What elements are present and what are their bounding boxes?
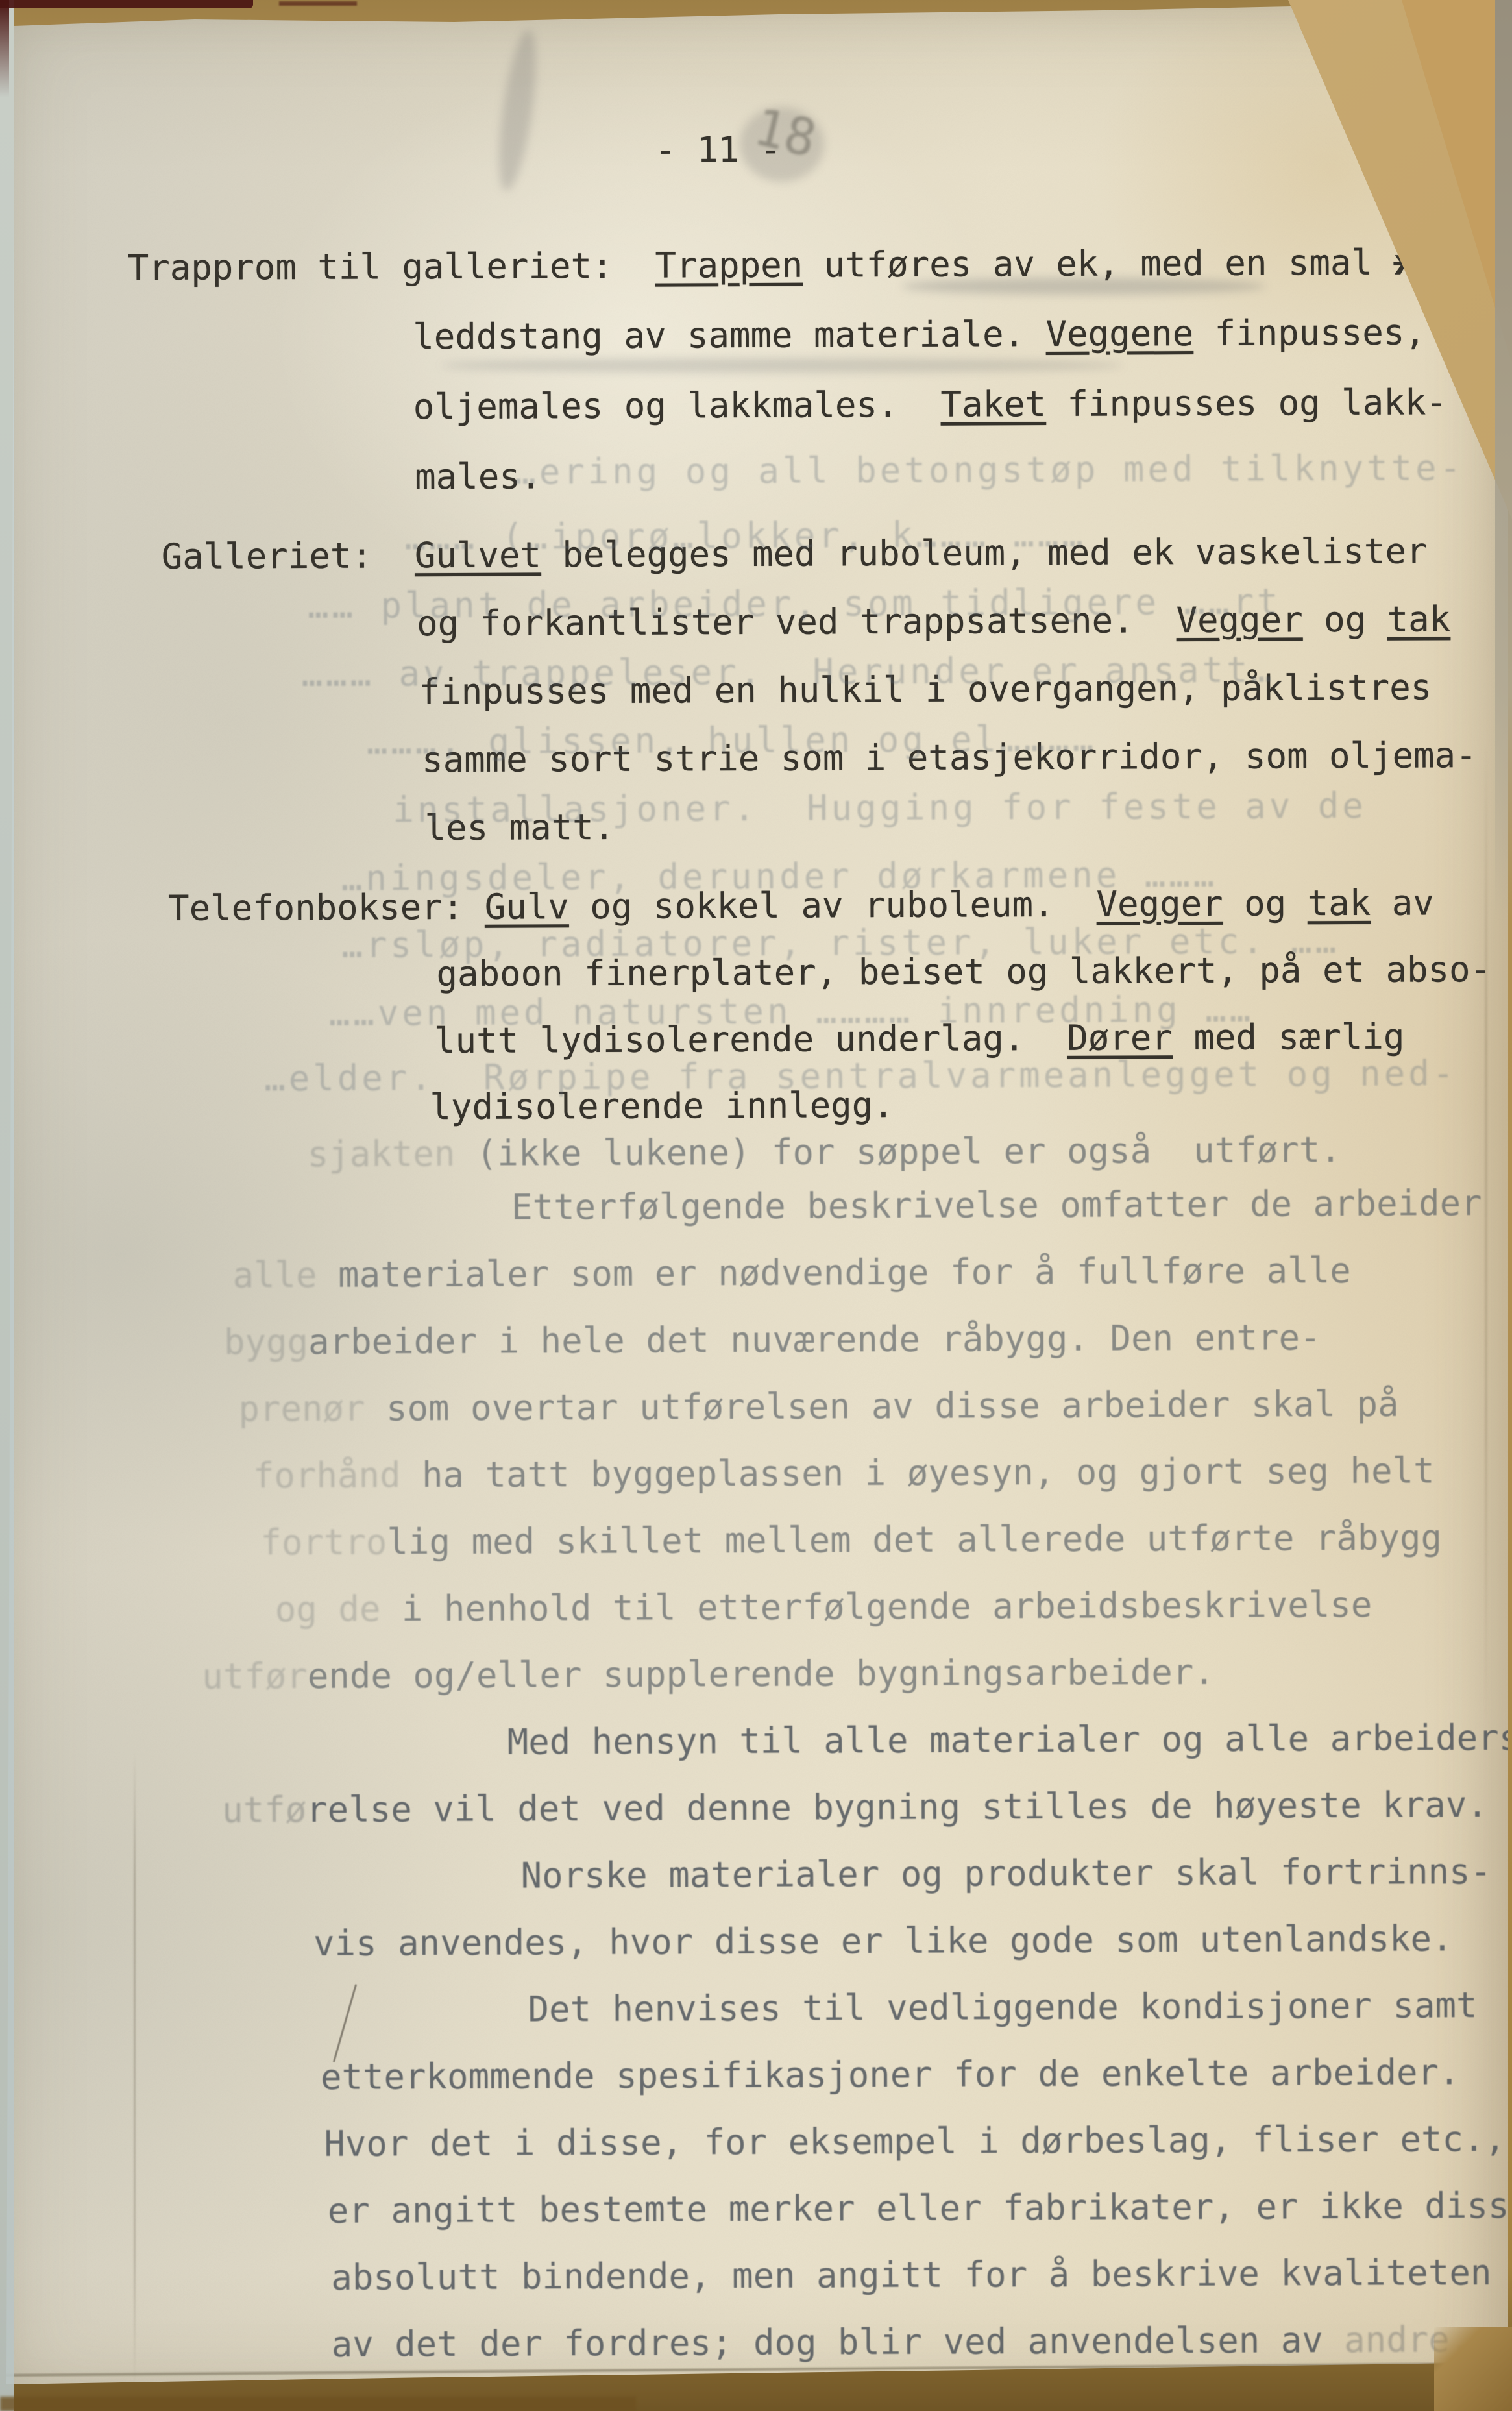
typewritten-text-layer: - 11 -18Trapprom til galleriet: Trappen … [0, 0, 1512, 2411]
page-edge-left [0, 0, 14, 2411]
ghost-bleedthrough-line: …rsløp, radiatorer, rister, luker etc. …… [341, 924, 1339, 963]
ghost-bleedthrough-line: …ningsdeler, derunder dørkarmene ……… [341, 857, 1218, 896]
ghost-bleedthrough-line: ………, glissen, hullen og el………… [367, 722, 1097, 760]
body-line: etterkommende spesifikasjoner for de enk… [321, 2055, 1460, 2095]
body-line: er angitt bestemte merker eller fabrikat… [328, 2188, 1512, 2229]
body-line: og de i henhold til etterfølgende arbeid… [275, 1587, 1372, 1627]
body-line: forhånd ha tatt byggeplassen i øyesyn, o… [253, 1453, 1435, 1493]
body-line: alle materialer som er nødvendige for å … [232, 1253, 1350, 1293]
scanned-document-photo: - 11 -18Trapprom til galleriet: Trappen … [0, 0, 1512, 2411]
body-line: utførende og/eller supplerende bygningsa… [202, 1655, 1215, 1695]
body-line: byggarbeider i hele det nuværende råbygg… [224, 1320, 1321, 1360]
body-line: utførelse vil det ved denne bygning stil… [222, 1787, 1488, 1828]
body-line: Etterfølgende beskrivelse omfatter de ar… [511, 1186, 1482, 1225]
body-line: absolutt bindende, men angitt for å besk… [331, 2255, 1491, 2295]
definition-line: oljemales og lakkmales. Taket finpusses … [413, 385, 1447, 424]
ghost-bleedthrough-line: ……… (…iporø…lokker, k……… ……… [404, 517, 1086, 556]
ghost-bleedthrough-line: ……ven med natursten ………… innredning …… [329, 992, 1254, 1031]
ghost-bleedthrough-line: …elder. Rørpipe fra sentralvarmeanlegget… [264, 1056, 1457, 1096]
binding-mark-top [0, 0, 253, 8]
faded-line: sjakten (ikke lukene) for søppel er også… [308, 1132, 1341, 1172]
body-line: Norske materialer og produkter skal fort… [520, 1854, 1491, 1894]
body-line: Det henvises til vedliggende kondisjoner… [528, 1988, 1477, 2027]
binding-mark-left [0, 0, 9, 97]
ghost-bleedthrough-line: …… plant de arbeider, som tidligere ……rt [308, 584, 1282, 624]
body-line: Hvor det i disse, for eksempel i dørbesl… [324, 2122, 1506, 2162]
page-stack-edge-right [1495, 0, 1512, 922]
binding-mark-top [279, 1, 357, 6]
definition-line: Trapprom til galleriet: Trappen utføres … [128, 245, 1499, 286]
body-line: prenør som overtar utførelsen av disse a… [238, 1387, 1398, 1427]
backing-shadow-bottom [0, 2397, 636, 2411]
document-page: - 11 -18Trapprom til galleriet: Trappen … [0, 0, 1512, 2411]
definition-line: leddstang av samme materiale. Veggene fi… [413, 315, 1426, 354]
backing-corner-bottom-right [1434, 2327, 1512, 2411]
body-line: av det der fordres; dog blir ved anvende… [332, 2322, 1471, 2362]
pencil-scribble: 18 [750, 102, 821, 165]
ghost-bleedthrough-line: …ering og all betongstøp med tilknytte- [515, 450, 1464, 489]
body-line: fortrolig med skillet mellem det allered… [260, 1520, 1442, 1560]
body-line: Med hensyn til alle materialer og alle a… [507, 1720, 1512, 1760]
ghost-bleedthrough-line: ……… av trappeleser. Herunder er ansatt… [301, 653, 1275, 692]
body-line: vis anvendes, hvor disse er like gode so… [313, 1921, 1453, 1961]
ghost-bleedthrough-line: installasjoner. Hugging for feste av de [393, 789, 1367, 828]
